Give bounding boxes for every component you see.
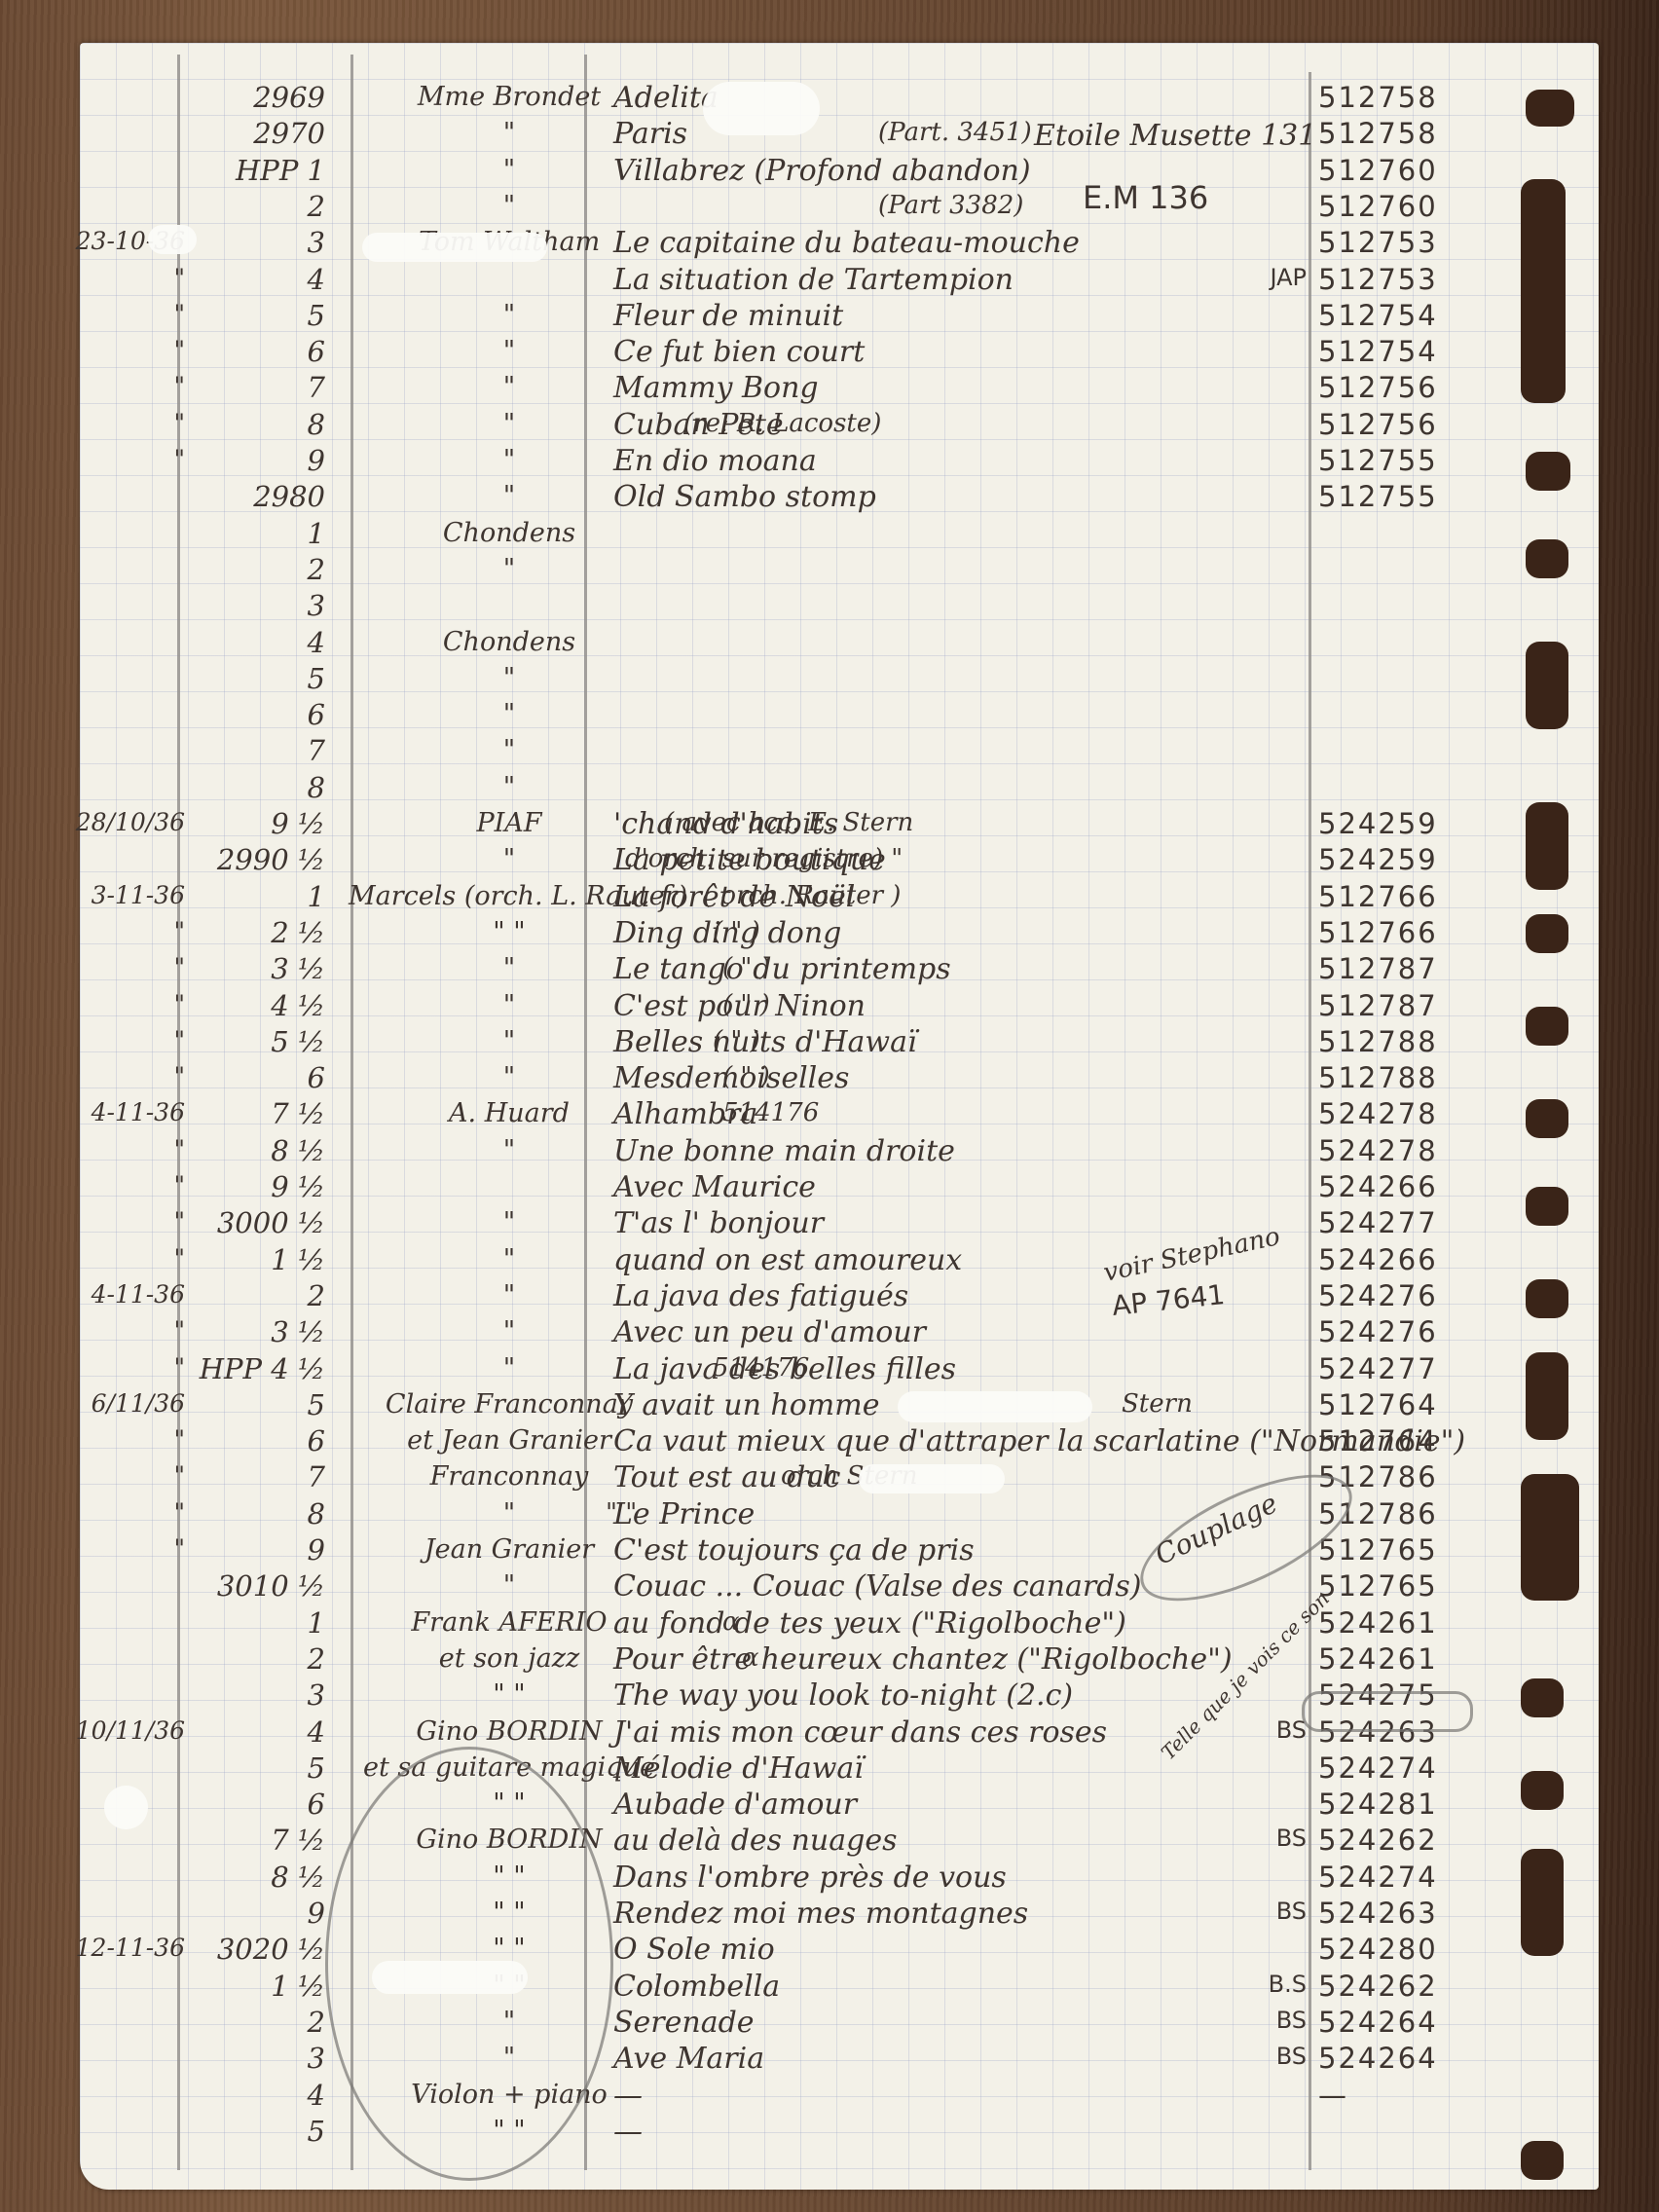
matrix-number-cell: 7 — [189, 374, 325, 402]
matrix-number-cell: 3000 ½ — [189, 1209, 325, 1237]
note-cell: 514176 — [713, 1355, 809, 1381]
artist-cell: " — [349, 701, 670, 727]
matrix-number-cell: 7 ½ — [189, 1826, 325, 1855]
catalog-number-cell: 524266 — [1318, 1246, 1438, 1274]
matrix-number-cell: 5 — [189, 665, 325, 693]
title-cell: Mammy Bong — [613, 374, 819, 403]
date-cell: " — [68, 1064, 185, 1088]
catalog-number-cell: 524266 — [1318, 1173, 1438, 1201]
catalog-number-cell: 512756 — [1318, 374, 1438, 402]
matrix-number-cell: HPP 1 — [189, 157, 325, 185]
title-cell: La java des fatigués — [613, 1282, 908, 1311]
register-row: "5"Fleur de minuit512754 — [80, 302, 1599, 338]
catalog-number-cell: 512753 — [1318, 266, 1438, 294]
title-cell: Aubade d'amour — [613, 1790, 857, 1820]
matrix-number-cell: 9 — [189, 1899, 325, 1928]
binder-hole — [1526, 1007, 1568, 1046]
date-cell: " — [68, 374, 185, 398]
title-cell: Belles nuits d'Hawaï — [613, 1028, 917, 1057]
title-cell: Couac ... Couac (Valse des canards) — [613, 1572, 1141, 1602]
register-row: 3010 ½"Couac ... Couac (Valse des canard… — [80, 1572, 1599, 1608]
matrix-number-cell: 1 — [189, 883, 325, 911]
circled-catalog-number — [1302, 1691, 1473, 1732]
date-cell: " — [68, 1209, 185, 1234]
register-row: "6"Ce fut bien court512754 — [80, 338, 1599, 374]
title-cell: En dio moana — [613, 447, 817, 476]
title-cell: au fond de tes yeux ("Rigolboche") — [613, 1609, 1126, 1639]
date-cell: " — [68, 1137, 185, 1161]
title-cell: C'est toujours ça de pris — [613, 1536, 975, 1566]
note-cell: d'orch. sur registre) " — [625, 846, 903, 871]
register-row: "8"Cuban Pete512756(re: R. Lacoste) — [80, 411, 1599, 447]
title-cell: Serenade — [613, 2009, 755, 2038]
catalog-number-cell: 512753 — [1318, 229, 1438, 257]
matrix-number-cell: 2 — [189, 1282, 325, 1310]
date-cell: " — [68, 1028, 185, 1052]
matrix-number-cell: 8 ½ — [189, 1863, 325, 1892]
register-row: "3 ½"Avec un peu d'amour524276 — [80, 1318, 1599, 1354]
catalog-number-cell: 524259 — [1318, 810, 1438, 838]
binder-hole — [1526, 539, 1568, 578]
register-row: "9 ½Avec Maurice524266 — [80, 1173, 1599, 1209]
catalog-number-cell: 512756 — [1318, 411, 1438, 439]
catalog-number-cell: 524278 — [1318, 1100, 1438, 1128]
note-cell: ( " ) — [713, 1028, 760, 1053]
date-cell: " — [68, 1463, 185, 1488]
register-row: 2980"Old Sambo stomp512755 — [80, 483, 1599, 519]
title-cell: The way you look to-night (2.c) — [613, 1681, 1073, 1711]
date-cell: " — [68, 1318, 185, 1343]
title-cell: Avec un peu d'amour — [613, 1318, 926, 1347]
title-cell: Pour être heureux chantez ("Rigolboche") — [613, 1645, 1233, 1675]
matrix-number-cell: 8 — [189, 1500, 325, 1529]
date-cell: " — [68, 1173, 185, 1198]
note-cell: ( " ) — [722, 1064, 770, 1089]
register-row: "HPP 4 ½"La java des belles filles524277… — [80, 1355, 1599, 1391]
catalog-number-cell: 524278 — [1318, 1137, 1438, 1165]
correction-fluid — [148, 225, 197, 254]
artist-cell: " — [349, 774, 670, 800]
title-cell: Le tango du printemps — [613, 955, 951, 984]
annotation-em-136: E.M 136 — [1083, 179, 1208, 216]
catalog-number-cell: 524261 — [1318, 1609, 1438, 1638]
matrix-number-cell: HPP 4 ½ — [189, 1355, 325, 1383]
title-cell: Paris — [613, 120, 687, 149]
binder-hole — [1526, 452, 1570, 491]
register-row: 8 ½" "Dans l'ombre près de vous524274 — [80, 1863, 1599, 1899]
matrix-number-cell: 3 — [189, 2045, 325, 2073]
date-cell: " — [68, 1427, 185, 1452]
mark-cell: B.S — [1209, 1972, 1307, 1996]
catalog-number-cell: 524274 — [1318, 1863, 1438, 1892]
register-row: 1Frank AFERIOau fond de tes yeux ("Rigol… — [80, 1609, 1599, 1645]
note-cell: (re: R. Lacoste) — [683, 411, 881, 436]
note-cell: ( " ) — [713, 919, 760, 944]
artist-cell: Chondens — [349, 520, 670, 546]
matrix-number-cell: 3020 ½ — [189, 1935, 325, 1964]
register-row: 7 ½Gino BORDINau delà des nuagesBS524262 — [80, 1826, 1599, 1862]
matrix-number-cell: 3 — [189, 229, 325, 257]
matrix-number-cell: 9 ½ — [189, 1173, 325, 1201]
artist-cell: " — [349, 665, 670, 691]
register-row: 3"Ave MariaBS524264 — [80, 2045, 1599, 2081]
matrix-number-cell: 1 — [189, 1609, 325, 1638]
date-cell: " — [68, 1246, 185, 1271]
catalog-number-cell: 512765 — [1318, 1536, 1438, 1565]
note-cell: ( orch. Rauter ) — [703, 883, 901, 908]
correction-fluid — [898, 1391, 1092, 1422]
date-cell: " — [68, 266, 185, 290]
matrix-number-cell: 9 ½ — [189, 810, 325, 838]
binder-hole — [1526, 914, 1568, 953]
matrix-number-cell: 4 — [189, 266, 325, 294]
catalog-number-cell: 524263 — [1318, 1899, 1438, 1928]
register-row: 1Chondens — [80, 520, 1599, 556]
catalog-number-cell: 524280 — [1318, 1935, 1438, 1964]
catalog-number-cell: 512754 — [1318, 302, 1438, 330]
title-cell: Mélodie d'Hawaï — [613, 1754, 864, 1784]
mark-cell: BS — [1209, 2045, 1307, 2068]
register-row: 5et sa guitare magiqueMélodie d'Hawaï524… — [80, 1754, 1599, 1790]
correction-fluid — [859, 1464, 1005, 1493]
title-cell: La situation de Tartempion — [613, 266, 1014, 295]
register-row: "7FranconnayTout est au duc512786orch St… — [80, 1463, 1599, 1499]
title-cell: — — [613, 2082, 643, 2111]
register-row: 2" — [80, 556, 1599, 592]
matrix-number-cell: 5 — [189, 2118, 325, 2146]
title-cell: Rendez moi mes montagnes — [613, 1899, 1028, 1929]
catalog-number-cell: 512787 — [1318, 955, 1438, 983]
matrix-number-cell: 6 — [189, 1064, 325, 1092]
matrix-number-cell: 5 — [189, 1754, 325, 1783]
catalog-number-cell: 512755 — [1318, 483, 1438, 511]
catalog-number-cell: 524261 — [1318, 1645, 1438, 1674]
note-cell: 514176 — [722, 1100, 819, 1125]
binder-hole — [1526, 1187, 1568, 1226]
title-cell: Fleur de minuit — [613, 302, 843, 331]
binder-hole — [1526, 1279, 1568, 1318]
matrix-number-cell: 3010 ½ — [189, 1572, 325, 1601]
binder-hole — [1526, 802, 1568, 890]
catalog-number-cell: 512766 — [1318, 883, 1438, 911]
register-row: "1 ½"quand on est amoureux524266 — [80, 1246, 1599, 1282]
catalog-number-cell: 524281 — [1318, 1790, 1438, 1819]
artist-cell: " — [349, 556, 670, 582]
matrix-number-cell: 8 ½ — [189, 1137, 325, 1165]
matrix-number-cell: 2 — [189, 193, 325, 221]
title-cell: O Sole mio — [613, 1935, 775, 1965]
catalog-number-cell: 512764 — [1318, 1391, 1438, 1419]
note-cell: ( " ) — [722, 955, 770, 980]
date-cell: 12-11-36 — [68, 1935, 185, 1960]
catalog-number-cell: 512754 — [1318, 338, 1438, 366]
matrix-number-cell: 2 ½ — [189, 919, 325, 947]
title-cell: T'as l' bonjour — [613, 1209, 824, 1238]
matrix-number-cell: 5 ½ — [189, 1028, 325, 1056]
register-row: 1 ½" "ColombellaB.S524262 — [80, 1972, 1599, 2009]
register-row: 6/11/365Claire FranconnayY avait un homm… — [80, 1391, 1599, 1427]
matrix-number-cell: 3 ½ — [189, 1318, 325, 1346]
matrix-number-cell: 2 — [189, 556, 325, 584]
register-row: 2"512760(Part 3382) — [80, 193, 1599, 229]
binder-hole — [1521, 1474, 1579, 1601]
matrix-number-cell: 1 ½ — [189, 1246, 325, 1274]
catalog-number-cell: 512765 — [1318, 1572, 1438, 1601]
register-row: 3-11-361Marcels (orch. L. Rauter)La forê… — [80, 883, 1599, 919]
title-cell: — — [613, 2118, 643, 2147]
matrix-number-cell: 5 — [189, 302, 325, 330]
register-row: "6et Jean GranierCa vaut mieux que d'att… — [80, 1427, 1599, 1463]
matrix-number-cell: 4 — [189, 629, 325, 657]
mark-cell: JAP — [1209, 266, 1307, 289]
catalog-number-cell: 512758 — [1318, 120, 1438, 148]
note-cell: α — [722, 1609, 740, 1635]
matrix-number-cell: 1 ½ — [189, 1972, 325, 2001]
catalog-number-cell: 512787 — [1318, 992, 1438, 1020]
register-row: 2969Mme BrondetAdelita512758 — [80, 84, 1599, 120]
register-row: 12-11-363020 ½" "O Sole mio524280 — [80, 1935, 1599, 1972]
note-cell: " " — [606, 1500, 637, 1526]
matrix-number-cell: 3 — [189, 592, 325, 620]
matrix-number-cell: 2990 ½ — [189, 846, 325, 874]
note-cell: ( " ) — [722, 992, 770, 1017]
correction-fluid — [703, 82, 820, 135]
matrix-number-cell: 4 — [189, 2082, 325, 2110]
matrix-number-cell: 2 — [189, 1645, 325, 1674]
mark-cell: BS — [1209, 2009, 1307, 2032]
register-row: "6"Mesdemoiselles512788( " ) — [80, 1064, 1599, 1100]
binder-hole — [1521, 1771, 1564, 1810]
register-row: 2"SerenadeBS524264 — [80, 2009, 1599, 2045]
title-cell: Villabrez (Profond abandon) — [613, 157, 1031, 186]
note-cell: ( avec acc. E. Stern — [664, 810, 913, 835]
matrix-number-cell: 2980 — [189, 483, 325, 511]
register-row: "8"Le Prince512786" " — [80, 1500, 1599, 1536]
matrix-number-cell: 3 ½ — [189, 955, 325, 983]
binder-hole — [1526, 642, 1568, 729]
register-row: 9" "Rendez moi mes montagnesBS524263 — [80, 1899, 1599, 1935]
title-cell: Ave Maria — [613, 2045, 764, 2074]
catalog-number-cell: 512766 — [1318, 919, 1438, 947]
note-cell: Stern — [1122, 1391, 1193, 1417]
register-row: 5" "— — [80, 2118, 1599, 2154]
date-cell: " — [68, 447, 185, 471]
matrix-number-cell: 6 — [189, 338, 325, 366]
title-cell: Avec Maurice — [613, 1173, 816, 1202]
matrix-number-cell: 9 — [189, 447, 325, 475]
matrix-number-cell: 9 — [189, 1536, 325, 1565]
catalog-number-cell: 524264 — [1318, 2009, 1438, 2037]
date-cell: " — [68, 992, 185, 1016]
register-page: 2969Mme BrondetAdelita5127582970"Paris51… — [80, 43, 1599, 2190]
note-cell: α — [742, 1645, 759, 1671]
catalog-number-cell: 524277 — [1318, 1355, 1438, 1383]
date-cell: " — [68, 1355, 185, 1380]
title-cell: Une bonne main droite — [613, 1137, 955, 1166]
register-row: 3 — [80, 592, 1599, 628]
catalog-number-cell: 524277 — [1318, 1209, 1438, 1237]
matrix-number-cell: 6 — [189, 1790, 325, 1819]
matrix-number-cell: 3 — [189, 1681, 325, 1710]
matrix-number-cell: 6 — [189, 701, 325, 729]
matrix-number-cell: 8 — [189, 774, 325, 802]
date-cell: " — [68, 1500, 185, 1525]
register-row: 23-10-363Tom WalthamLe capitaine du bate… — [80, 229, 1599, 265]
date-cell: 4-11-36 — [68, 1282, 185, 1307]
register-row: "2 ½" "Ding ding dong512766( " ) — [80, 919, 1599, 955]
note-cell: (Part 3382) — [878, 193, 1023, 218]
binder-hole — [1521, 1849, 1564, 1956]
mark-cell: BS — [1209, 1718, 1307, 1742]
register-row: 2et son jazzPour être heureux chantez ("… — [80, 1645, 1599, 1681]
artist-cell: " — [349, 193, 670, 219]
catalog-number-cell: 524276 — [1318, 1282, 1438, 1310]
register-row: HPP 1"Villabrez (Profond abandon)512760 — [80, 157, 1599, 193]
catalog-number-cell: 512755 — [1318, 447, 1438, 475]
date-cell: " — [68, 411, 185, 435]
binder-hole — [1521, 2141, 1564, 2180]
title-cell: Dans l'ombre près de vous — [613, 1863, 1007, 1893]
matrix-number-cell: 1 — [189, 520, 325, 548]
catalog-number-cell: 524274 — [1318, 1754, 1438, 1783]
matrix-number-cell: 6 — [189, 1427, 325, 1456]
date-cell: " — [68, 919, 185, 943]
register-row: 6" — [80, 701, 1599, 737]
correction-fluid — [362, 233, 547, 262]
register-row: 4Chondens — [80, 629, 1599, 665]
register-row: 2970"Paris512758(Part. 3451) — [80, 120, 1599, 156]
register-row: "7"Mammy Bong512756 — [80, 374, 1599, 410]
catalog-number-cell: 512760 — [1318, 193, 1438, 221]
register-row: 8" — [80, 774, 1599, 810]
register-row: 28/10/369 ½PIAF'chand d'habits524259( av… — [80, 810, 1599, 846]
matrix-number-cell: 2969 — [189, 84, 325, 112]
note-cell: (Part. 3451) — [878, 120, 1032, 145]
binder-hole — [1526, 1099, 1568, 1138]
pencil-circle — [325, 1747, 613, 2181]
mark-cell: BS — [1209, 1826, 1307, 1850]
date-cell: 28/10/36 — [68, 810, 185, 834]
title-cell: quand on est amoureux — [613, 1246, 962, 1275]
date-cell: 3-11-36 — [68, 883, 185, 907]
register-row: 6" "Aubade d'amour524281 — [80, 1790, 1599, 1826]
date-cell: 6/11/36 — [68, 1391, 185, 1416]
register-row: 2990 ½"La petite boutique524259d'orch. s… — [80, 846, 1599, 882]
catalog-number-cell: — — [1318, 2082, 1348, 2110]
date-cell: " — [68, 955, 185, 979]
register-row: 5" — [80, 665, 1599, 701]
artist-cell: " — [349, 737, 670, 763]
title-cell: J'ai mis mon cœur dans ces roses — [613, 1718, 1107, 1748]
date-cell: 10/11/36 — [68, 1718, 185, 1743]
title-cell: Colombella — [613, 1972, 780, 2002]
annotation-etoile-musette: Etoile Musette 131 — [1034, 119, 1316, 153]
correction-fluid — [104, 1786, 148, 1829]
catalog-number-cell: 524262 — [1318, 1826, 1438, 1855]
date-cell: " — [68, 338, 185, 362]
matrix-number-cell: 2 — [189, 2009, 325, 2037]
date-cell: " — [68, 1536, 185, 1561]
binder-hole — [1526, 90, 1574, 127]
register-row: "5 ½"Belles nuits d'Hawaï512788( " ) — [80, 1028, 1599, 1064]
matrix-number-cell: 7 — [189, 737, 325, 765]
register-row: "9"En dio moana512755 — [80, 447, 1599, 483]
register-row: "4 ½"C'est pour Ninon512787( " ) — [80, 992, 1599, 1028]
catalog-number-cell: 512764 — [1318, 1427, 1438, 1456]
matrix-number-cell: 4 ½ — [189, 992, 325, 1020]
matrix-number-cell: 7 ½ — [189, 1100, 325, 1128]
catalog-number-cell: 512760 — [1318, 157, 1438, 185]
catalog-number-cell: 524264 — [1318, 2045, 1438, 2073]
register-row: "9Jean GranierC'est toujours ça de pris5… — [80, 1536, 1599, 1572]
binder-hole — [1521, 179, 1566, 403]
artist-cell: Chondens — [349, 629, 670, 655]
register-row: 4Violon + piano—— — [80, 2082, 1599, 2118]
register-row: "4La situation de TartempionJAP512753 — [80, 266, 1599, 302]
register-row: 4-11-362"La java des fatigués524276 — [80, 1282, 1599, 1318]
catalog-number-cell: 524259 — [1318, 846, 1438, 874]
catalog-number-cell: 512758 — [1318, 84, 1438, 112]
matrix-number-cell: 5 — [189, 1391, 325, 1419]
catalog-number-cell: 524276 — [1318, 1318, 1438, 1346]
title-cell: Y avait un homme — [613, 1391, 879, 1420]
catalog-number-cell: 512788 — [1318, 1028, 1438, 1056]
title-cell: Old Sambo stomp — [613, 483, 876, 512]
matrix-number-cell: 8 — [189, 411, 325, 439]
matrix-number-cell: 7 — [189, 1463, 325, 1492]
catalog-number-cell: 512788 — [1318, 1064, 1438, 1092]
date-cell: 4-11-36 — [68, 1100, 185, 1124]
mark-cell: BS — [1209, 1899, 1307, 1923]
register-row: "3000 ½"T'as l' bonjour524277 — [80, 1209, 1599, 1245]
register-row: 4-11-367 ½A. HuardAlhambra524278514176 — [80, 1100, 1599, 1136]
binder-hole — [1521, 1678, 1564, 1717]
date-cell: " — [68, 302, 185, 326]
register-row: "8 ½"Une bonne main droite524278 — [80, 1137, 1599, 1173]
catalog-number-cell: 524262 — [1318, 1972, 1438, 2001]
title-cell: Ce fut bien court — [613, 338, 865, 367]
matrix-number-cell: 4 — [189, 1718, 325, 1747]
register-row: "3 ½"Le tango du printemps512787( " ) — [80, 955, 1599, 991]
binder-hole — [1526, 1352, 1568, 1440]
register-row: 7" — [80, 737, 1599, 773]
title-cell: Le capitaine du bateau-mouche — [613, 229, 1080, 258]
title-cell: au delà des nuages — [613, 1826, 898, 1856]
matrix-number-cell: 2970 — [189, 120, 325, 148]
